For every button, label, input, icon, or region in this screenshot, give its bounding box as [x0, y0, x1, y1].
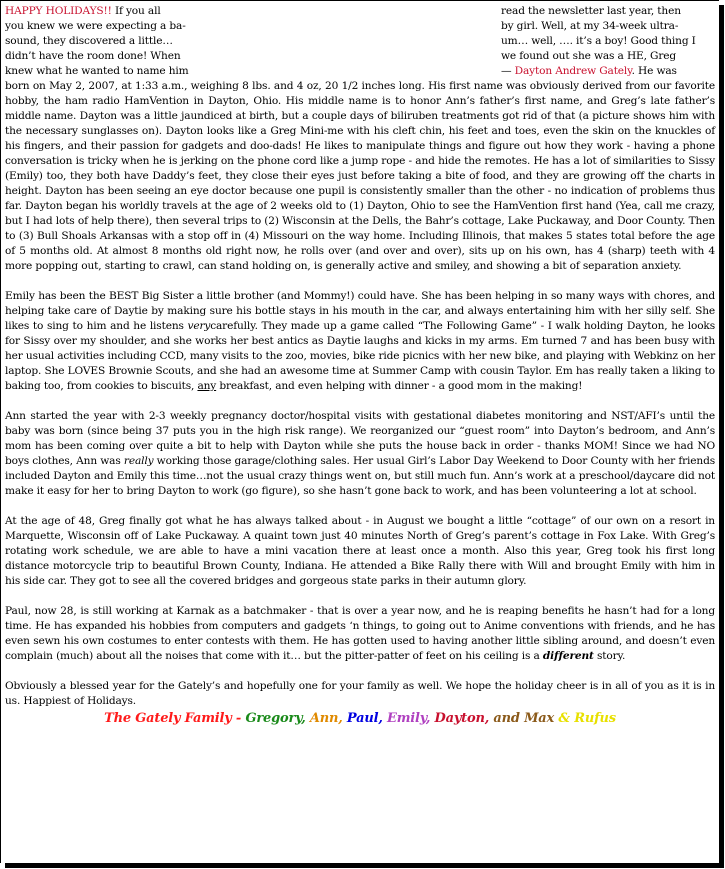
newsletter-page: HAPPY HOLIDAYS!! If you all read the new…: [0, 0, 719, 863]
family-signature: The Gately Family - Gregory, Ann, Paul, …: [5, 710, 715, 727]
signature-gregory: Gregory,: [245, 711, 309, 726]
signature-paul: Paul,: [347, 711, 387, 726]
signature-family: The Gately Family -: [104, 711, 245, 726]
emily-paragraph: Emily has been the BEST Big Sister a lit…: [5, 289, 715, 394]
signature-ann: Ann,: [310, 711, 347, 726]
baby-name: Dayton Andrew Gately: [515, 65, 632, 77]
ann-paragraph: Ann started the year with 2-3 weekly pre…: [5, 409, 715, 499]
signature-emily: Emily,: [387, 711, 435, 726]
dayton-paragraph: born on May 2, 2007, at 1:33 a.m., weigh…: [5, 79, 715, 274]
greg-paragraph: At the age of 48, Greg finally got what …: [5, 514, 715, 589]
intro-wrap-section: HAPPY HOLIDAYS!! If you all read the new…: [5, 4, 715, 274]
signature-dayton: Dayton,: [435, 711, 494, 726]
paul-paragraph: Paul, now 28, is still working at Karnak…: [5, 604, 715, 664]
signature-rufus: & Rufus: [558, 711, 615, 726]
closing-paragraph: Obviously a blessed year for the Gately’…: [5, 679, 715, 709]
newsletter-body: HAPPY HOLIDAYS!! If you all read the new…: [5, 4, 715, 727]
signature-max: and Max: [493, 711, 558, 726]
greeting-heading: HAPPY HOLIDAYS!!: [5, 5, 112, 17]
